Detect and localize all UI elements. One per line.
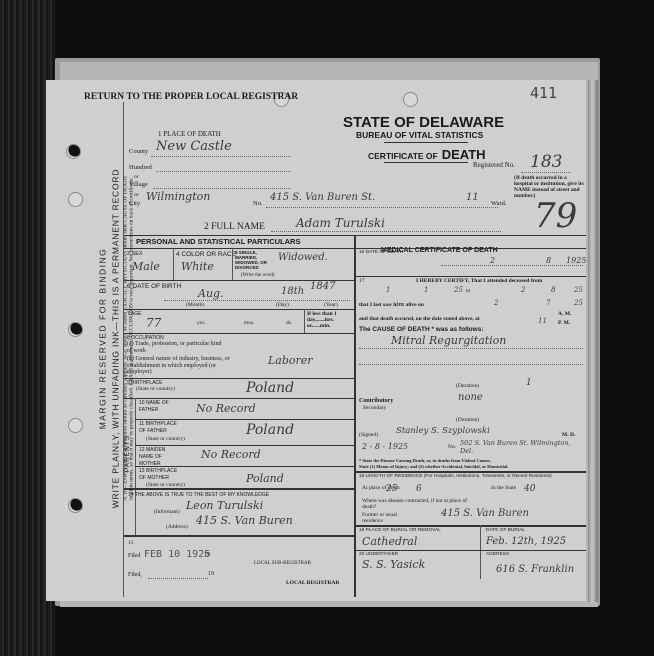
divider [356,248,586,249]
binding-hole [68,498,83,513]
yrs-label: yrs. [197,320,205,326]
mos-label: mos. [244,320,255,326]
divider [124,488,354,490]
burial-date-value: Feb. 12th, 1925 [486,536,566,547]
filed-label: Filed, [128,572,142,578]
undertaker-address-value: 616 S. Franklin [496,564,574,575]
cause-value: Mitral Regurgitation [391,334,506,347]
father-birthplace-hint: (State or country) [146,436,185,442]
binding-hole [68,418,83,433]
certificate-number: 411 [530,84,557,102]
margin-rule [123,102,124,597]
binding-hole [68,192,83,207]
burial-place-label: 19 PLACE OF BURIAL OR REMOVAL [359,528,441,533]
city-label: City [129,200,140,207]
cert-word: DEATH [442,147,486,162]
binding-hole [403,92,418,107]
dob-label: 6 DATE OF BIRTH [127,283,181,290]
year-prefix: 19 [204,552,210,558]
informant-value: Leon Turulski [186,499,263,512]
true-statement-label: 14 THE ABOVE IS TRUE TO THE BEST OF MY K… [128,492,269,498]
sign-month: 2 [362,442,367,451]
divider [124,535,354,537]
or-text: or [134,174,139,180]
divider [384,142,468,143]
alive-on-text: alive on [406,302,424,308]
to-day: 8 [551,286,555,294]
to-year: 25 [574,286,583,294]
divider [232,248,233,280]
dod-day: 8 [546,256,551,265]
duration-label: (Duration) [456,383,479,389]
divider [356,550,586,551]
residence-years: 25 [386,484,397,494]
dob-day: 18th [281,286,304,297]
date-of-death-label: 16 DATE OF DEATH [359,250,403,255]
day-hint: (Day) [276,302,289,308]
father-birthplace-value: Poland [246,422,294,438]
divider [173,248,174,280]
bureau-title: BUREAU OF VITAL STATISTICS [356,130,483,140]
street-no-label: No. [253,200,263,207]
contributory-value: none [458,392,483,403]
certify-number: 17 [359,278,365,284]
cause-label: The CAUSE OF DEATH * was as follows: [359,326,483,333]
birthplace-hint: (State or country) [136,386,175,392]
dob-month: Aug. [198,287,224,300]
dob-year: 1847 [310,281,335,292]
divider [124,378,354,379]
color-value: White [181,260,214,273]
place-of-death-heading: 1 PLACE OF DEATH [158,130,221,138]
divider [124,309,354,310]
city-value: Wilmington [146,190,210,203]
county-value: New Castle [156,139,232,154]
to-label: to [466,288,470,294]
last-saw-line: that I last saw him alive on [359,302,424,308]
ward-label: Ward. [491,200,507,207]
dod-month: 2 [490,256,495,265]
permanent-record-note: WRITE PLAINLY, WITH UNFADING INK—THIS IS… [111,129,121,549]
footnote-1: * State the Disease Causing Death, or, i… [359,458,491,463]
age-label: 7 AGE [127,311,141,317]
divider [356,471,586,473]
cert-prefix: CERTIFICATE OF [368,151,438,161]
duration-value: 1 [526,378,532,388]
physician-signature: Stanley S. Szyplowski [396,426,490,436]
filing-number: 15 [128,540,134,546]
county-label: County [129,148,148,155]
sign-year: 25 [398,442,408,451]
physician-address: 502 S. Van Buren St. Wilmington, Del. [460,439,582,455]
contributory-label: Contributory [359,398,393,404]
death-time-text: and that death occured, on the date stat… [359,316,480,322]
residence-months: 6 [416,484,422,494]
last-seen-month: 2 [494,299,498,307]
binding-hole [66,144,81,159]
from-day: 1 [424,286,428,294]
to-month: 2 [521,286,525,294]
last-seen-day: 7 [546,299,550,307]
divider [135,466,354,467]
return-note: RETURN TO THE PROPER LOCAL REGISTRAR [84,92,298,102]
duration-label: (Duration) [456,417,479,423]
divider [384,162,468,163]
record-count: 79 [534,196,577,236]
divider [356,525,586,527]
last-seen-year: 25 [574,299,583,307]
md-label: M. D. [562,432,575,438]
sign-day: 8 [375,442,380,451]
address-no: No. [448,444,456,450]
hundred-label: Hundred [129,164,152,171]
filed-stamp: FEB 10 1925 [144,549,210,560]
mother-birthplace-label: 13 BIRTHPLACE OF MOTHER [139,468,179,482]
certify-text: I HEREBY CERTIFY, That I attended deceas… [416,278,542,284]
full-name-value: Adam Turulski [296,216,385,230]
page-edges [588,80,598,602]
burial-date-label: DATE OF BURIAL [486,528,525,533]
divider [304,309,305,333]
mother-birthplace-value: Poland [246,472,284,485]
marital-hint: (Write the word) [241,273,274,278]
state-title: STATE OF DELAWARE [343,114,504,131]
local-registrar-label: LOCAL REGISTRAR [286,580,339,586]
less-than-day: If less than 1 day,......hrs. or......mi… [307,311,352,329]
ward-value: 11 [466,192,479,203]
sign-date: 2 - 8 - 1925 [362,442,408,451]
ds-label: ds. [286,320,292,326]
margin-binding-text: MARGIN RESERVED FOR BINDING [98,129,108,549]
divider [356,276,586,277]
registered-number: 183 [530,152,562,172]
am-label: A. M. [558,311,571,317]
from-year: 25 [454,286,463,294]
street-value: 415 S. Van Buren St. [270,192,375,203]
last-saw-pronoun: im [396,302,404,308]
filed-label: Filed [128,553,140,559]
divider [124,248,354,249]
burial-place-value: Cathedral [362,535,417,548]
village-label: Village [129,181,148,188]
full-name-label: 2 FULL NAME [204,222,265,232]
divider [124,333,354,334]
sub-registrar-label: LOCAL SUB-REGISTRAR [254,561,311,566]
age-value: 77 [146,316,161,330]
secondary-label: Secondary [363,405,386,411]
father-birthplace-label: 11 BIRTHPLACE OF FATHER [139,421,179,435]
sex-value: Male [132,260,160,273]
informant-address-value: 415 S. Van Buren [196,514,293,527]
marital-value: Widowed. [278,252,328,263]
year-hint: (Year) [324,302,338,308]
mother-value: No Record [201,448,261,461]
sex-label: 3 SEX [127,251,143,257]
divider [135,419,354,420]
undertaker-address-label: ADDRESS [486,552,509,557]
former-residence-value: 415 S. Van Buren [441,508,529,519]
occupation-a-label: (a) Trade, profession, or particular kin… [127,341,222,354]
divider [124,398,354,399]
personal-heading: PERSONAL AND STATISTICAL PARTICULARS [136,237,300,246]
divider [135,445,354,446]
last-saw-text: that I last saw h [359,302,396,308]
father-label: 10 NAME OF FATHER [139,400,179,414]
month-hint: (Month) [186,302,204,308]
color-label: 4 COLOR OR RACE [176,251,236,258]
divider [480,525,481,579]
column-divider [354,235,356,597]
informant-address-label: (Address) [166,524,188,530]
pm-label: P. M. [558,320,570,326]
occupation-b-label: (b) General nature of industry, business… [127,356,232,376]
birthplace-value: Poland [246,380,294,396]
death-certificate: MARGIN RESERVED FOR BINDING WRITE PLAINL… [46,80,586,601]
informant-label: (Informant) [154,509,180,515]
registered-label: Registered No. [473,161,515,169]
undertaker-label: 20 UNDERTAKER [359,552,398,557]
father-value: No Record [196,402,256,415]
state-years: 40 [524,484,535,494]
or-text: or [134,192,139,198]
marital-label: 5 SINGLE, MARRIED, WIDOWED, OR DIVORCED [235,250,275,270]
mother-label: 12 MAIDEN NAME OF MOTHER [139,447,179,468]
death-time: 11 [538,317,547,325]
from-month: 1 [386,286,390,294]
signed-label: (Signed) [359,432,378,438]
year-prefix: 19 [208,571,214,577]
footnote-2: State (1) Means of Injury; and (2) wheth… [359,464,508,469]
binding-hole [68,322,83,337]
undertaker-value: S. S. Yasick [362,558,425,571]
occupation-value: Laborer [268,354,313,367]
former-residence-label: Former or usual residence [362,512,402,524]
dod-year: 1925 [566,256,586,265]
parents-label: PARENTS [124,435,131,472]
residence-label: 18 LENGTH OF RESIDENCE (For Hospitals, I… [359,474,552,479]
